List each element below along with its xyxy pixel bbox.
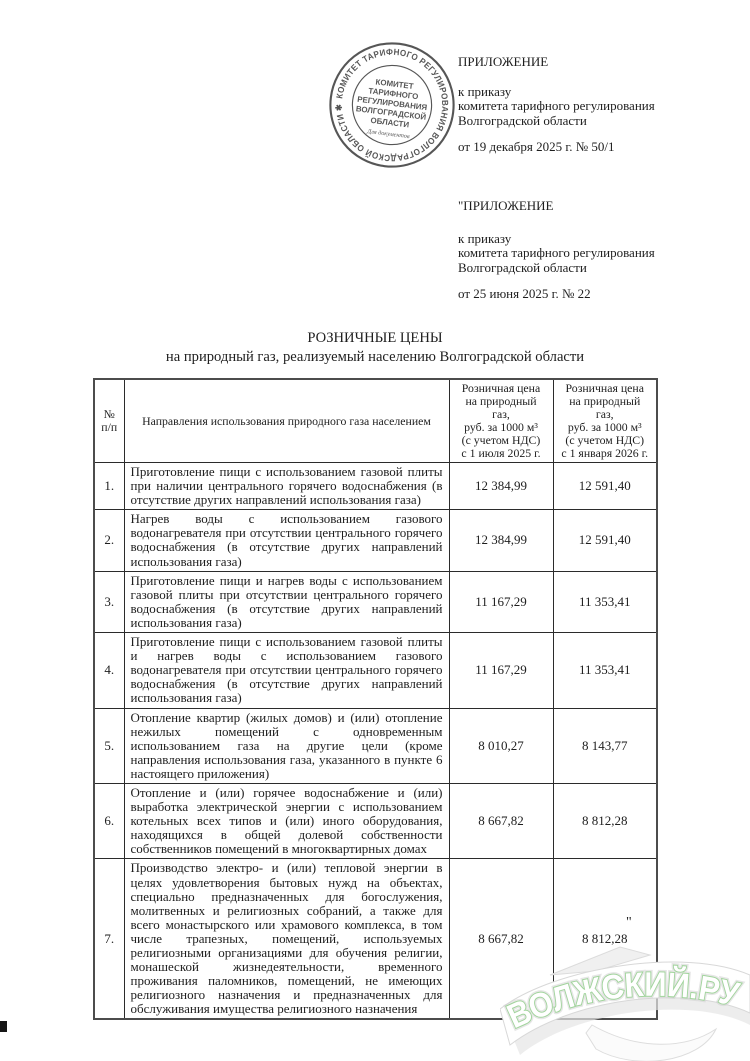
row-direction: Отопление квартир (жилых домов) и (или) … — [124, 708, 449, 783]
appendix-top-line-1: к приказу — [458, 85, 728, 100]
ribbon-bottom-fold — [586, 1025, 716, 1061]
row-price-jul-2025: 8 667,82 — [449, 783, 553, 858]
volzhsky-ru-watermark: ВОЛЖСКИЙ.РУ ВОЛЖСКИЙ.РУ — [500, 933, 750, 1061]
stamp-svg: КОМИТЕТ ТАРИФНОГО РЕГУЛИРОВАНИЯ ВОЛГОГРА… — [326, 39, 458, 171]
appendix-quoted-line-2: комитета тарифного регулирования — [458, 246, 728, 261]
appendix-quoted-line-1: к приказу — [458, 232, 728, 247]
row-price-jul-2025: 12 384,99 — [449, 510, 553, 571]
row-price-jul-2025: 11 167,29 — [449, 633, 553, 708]
row-number: 6. — [94, 783, 124, 858]
table-row: 3. Приготовление пищи и нагрев воды с ис… — [94, 571, 657, 632]
header-cell-directions: Направления использования природного газ… — [124, 379, 449, 463]
table-row: 4. Приготовление пищи с использованием г… — [94, 633, 657, 708]
row-price-jan-2026: 11 353,41 — [553, 571, 657, 632]
row-number: 5. — [94, 708, 124, 783]
row-direction: Нагрев воды с использованием газового во… — [124, 510, 449, 571]
appendix-quoted-title: "ПРИЛОЖЕНИЕ — [458, 199, 728, 214]
appendix-top-title: ПРИЛОЖЕНИЕ — [458, 55, 728, 70]
price1-header-line-5: с 1 июля 2025 г. — [456, 447, 547, 460]
official-round-stamp: КОМИТЕТ ТАРИФНОГО РЕГУЛИРОВАНИЯ ВОЛГОГРА… — [326, 39, 458, 171]
row-number: 2. — [94, 510, 124, 571]
scanned-document-page: КОМИТЕТ ТАРИФНОГО РЕГУЛИРОВАНИЯ ВОЛГОГРА… — [0, 0, 750, 1061]
price2-header-line-5: с 1 января 2026 г. — [560, 447, 651, 460]
stamp-purpose-text: Для документов — [366, 128, 410, 140]
row-price-jan-2026: 8 812,28 — [553, 783, 657, 858]
appendix-quoted-date: от 25 июня 2025 г. № 22 — [458, 287, 728, 302]
gas-prices-table: № п/п Направления использования природно… — [93, 378, 658, 1020]
table-row: 1. Приготовление пищи с использованием г… — [94, 463, 657, 510]
row-direction: Приготовление пищи с использованием газо… — [124, 633, 449, 708]
row-direction: Приготовление пищи и нагрев воды с испол… — [124, 571, 449, 632]
appendix-top-line-2: комитета тарифного регулирования — [458, 99, 728, 114]
table-row: 5. Отопление квартир (жилых домов) и (ил… — [94, 708, 657, 783]
document-title-line-2: на природный газ, реализуемый населению … — [0, 348, 750, 367]
row-direction: Отопление и (или) горячее водоснабжение … — [124, 783, 449, 858]
row-number: 1. — [94, 463, 124, 510]
row-price-jan-2026: 8 143,77 — [553, 708, 657, 783]
row-direction: Приготовление пищи с использованием газо… — [124, 463, 449, 510]
document-title-line-1: РОЗНИЧНЫЕ ЦЕНЫ — [0, 329, 750, 348]
document-title: РОЗНИЧНЫЕ ЦЕНЫ на природный газ, реализу… — [0, 329, 750, 366]
appendix-block-top: ПРИЛОЖЕНИЕ к приказу комитета тарифного … — [458, 55, 728, 155]
row-number: 3. — [94, 571, 124, 632]
header-cell-num: № п/п — [94, 379, 124, 463]
row-direction: Производство электро- и (или) тепловой э… — [124, 859, 449, 1020]
appendix-top-line-3: Волгоградской области — [458, 114, 728, 129]
appendix-top-date: от 19 декабря 2025 г. № 50/1 — [458, 140, 728, 155]
scan-artifact-mark — [0, 1021, 7, 1032]
table-header-row: № п/п Направления использования природно… — [94, 379, 657, 463]
watermark-svg: ВОЛЖСКИЙ.РУ ВОЛЖСКИЙ.РУ — [500, 933, 750, 1061]
row-price-jan-2026: 11 353,41 — [553, 633, 657, 708]
row-number: 4. — [94, 633, 124, 708]
price1-header-line-2: на природный газ, — [456, 395, 547, 421]
header-cell-price-jan-2026: Розничная цена на природный газ, руб. за… — [553, 379, 657, 463]
table-row: 6. Отопление и (или) горячее водоснабжен… — [94, 783, 657, 858]
row-price-jul-2025: 8 010,27 — [449, 708, 553, 783]
appendix-block-quoted: "ПРИЛОЖЕНИЕ к приказу комитета тарифного… — [458, 199, 728, 302]
table-row: 2. Нагрев воды с использованием газового… — [94, 510, 657, 571]
row-number: 7. — [94, 859, 124, 1020]
row-price-jan-2026: 12 591,40 — [553, 463, 657, 510]
row-price-jan-2026: 12 591,40 — [553, 510, 657, 571]
row-price-jul-2025: 12 384,99 — [449, 463, 553, 510]
header-num-line-2: п/п — [101, 421, 118, 434]
price2-header-line-2: на природный газ, — [560, 395, 651, 421]
closing-quote-mark: " — [626, 915, 632, 931]
header-cell-price-jul-2025: Розничная цена на природный газ, руб. за… — [449, 379, 553, 463]
appendix-quoted-line-3: Волгоградской области — [458, 261, 728, 276]
row-price-jul-2025: 11 167,29 — [449, 571, 553, 632]
